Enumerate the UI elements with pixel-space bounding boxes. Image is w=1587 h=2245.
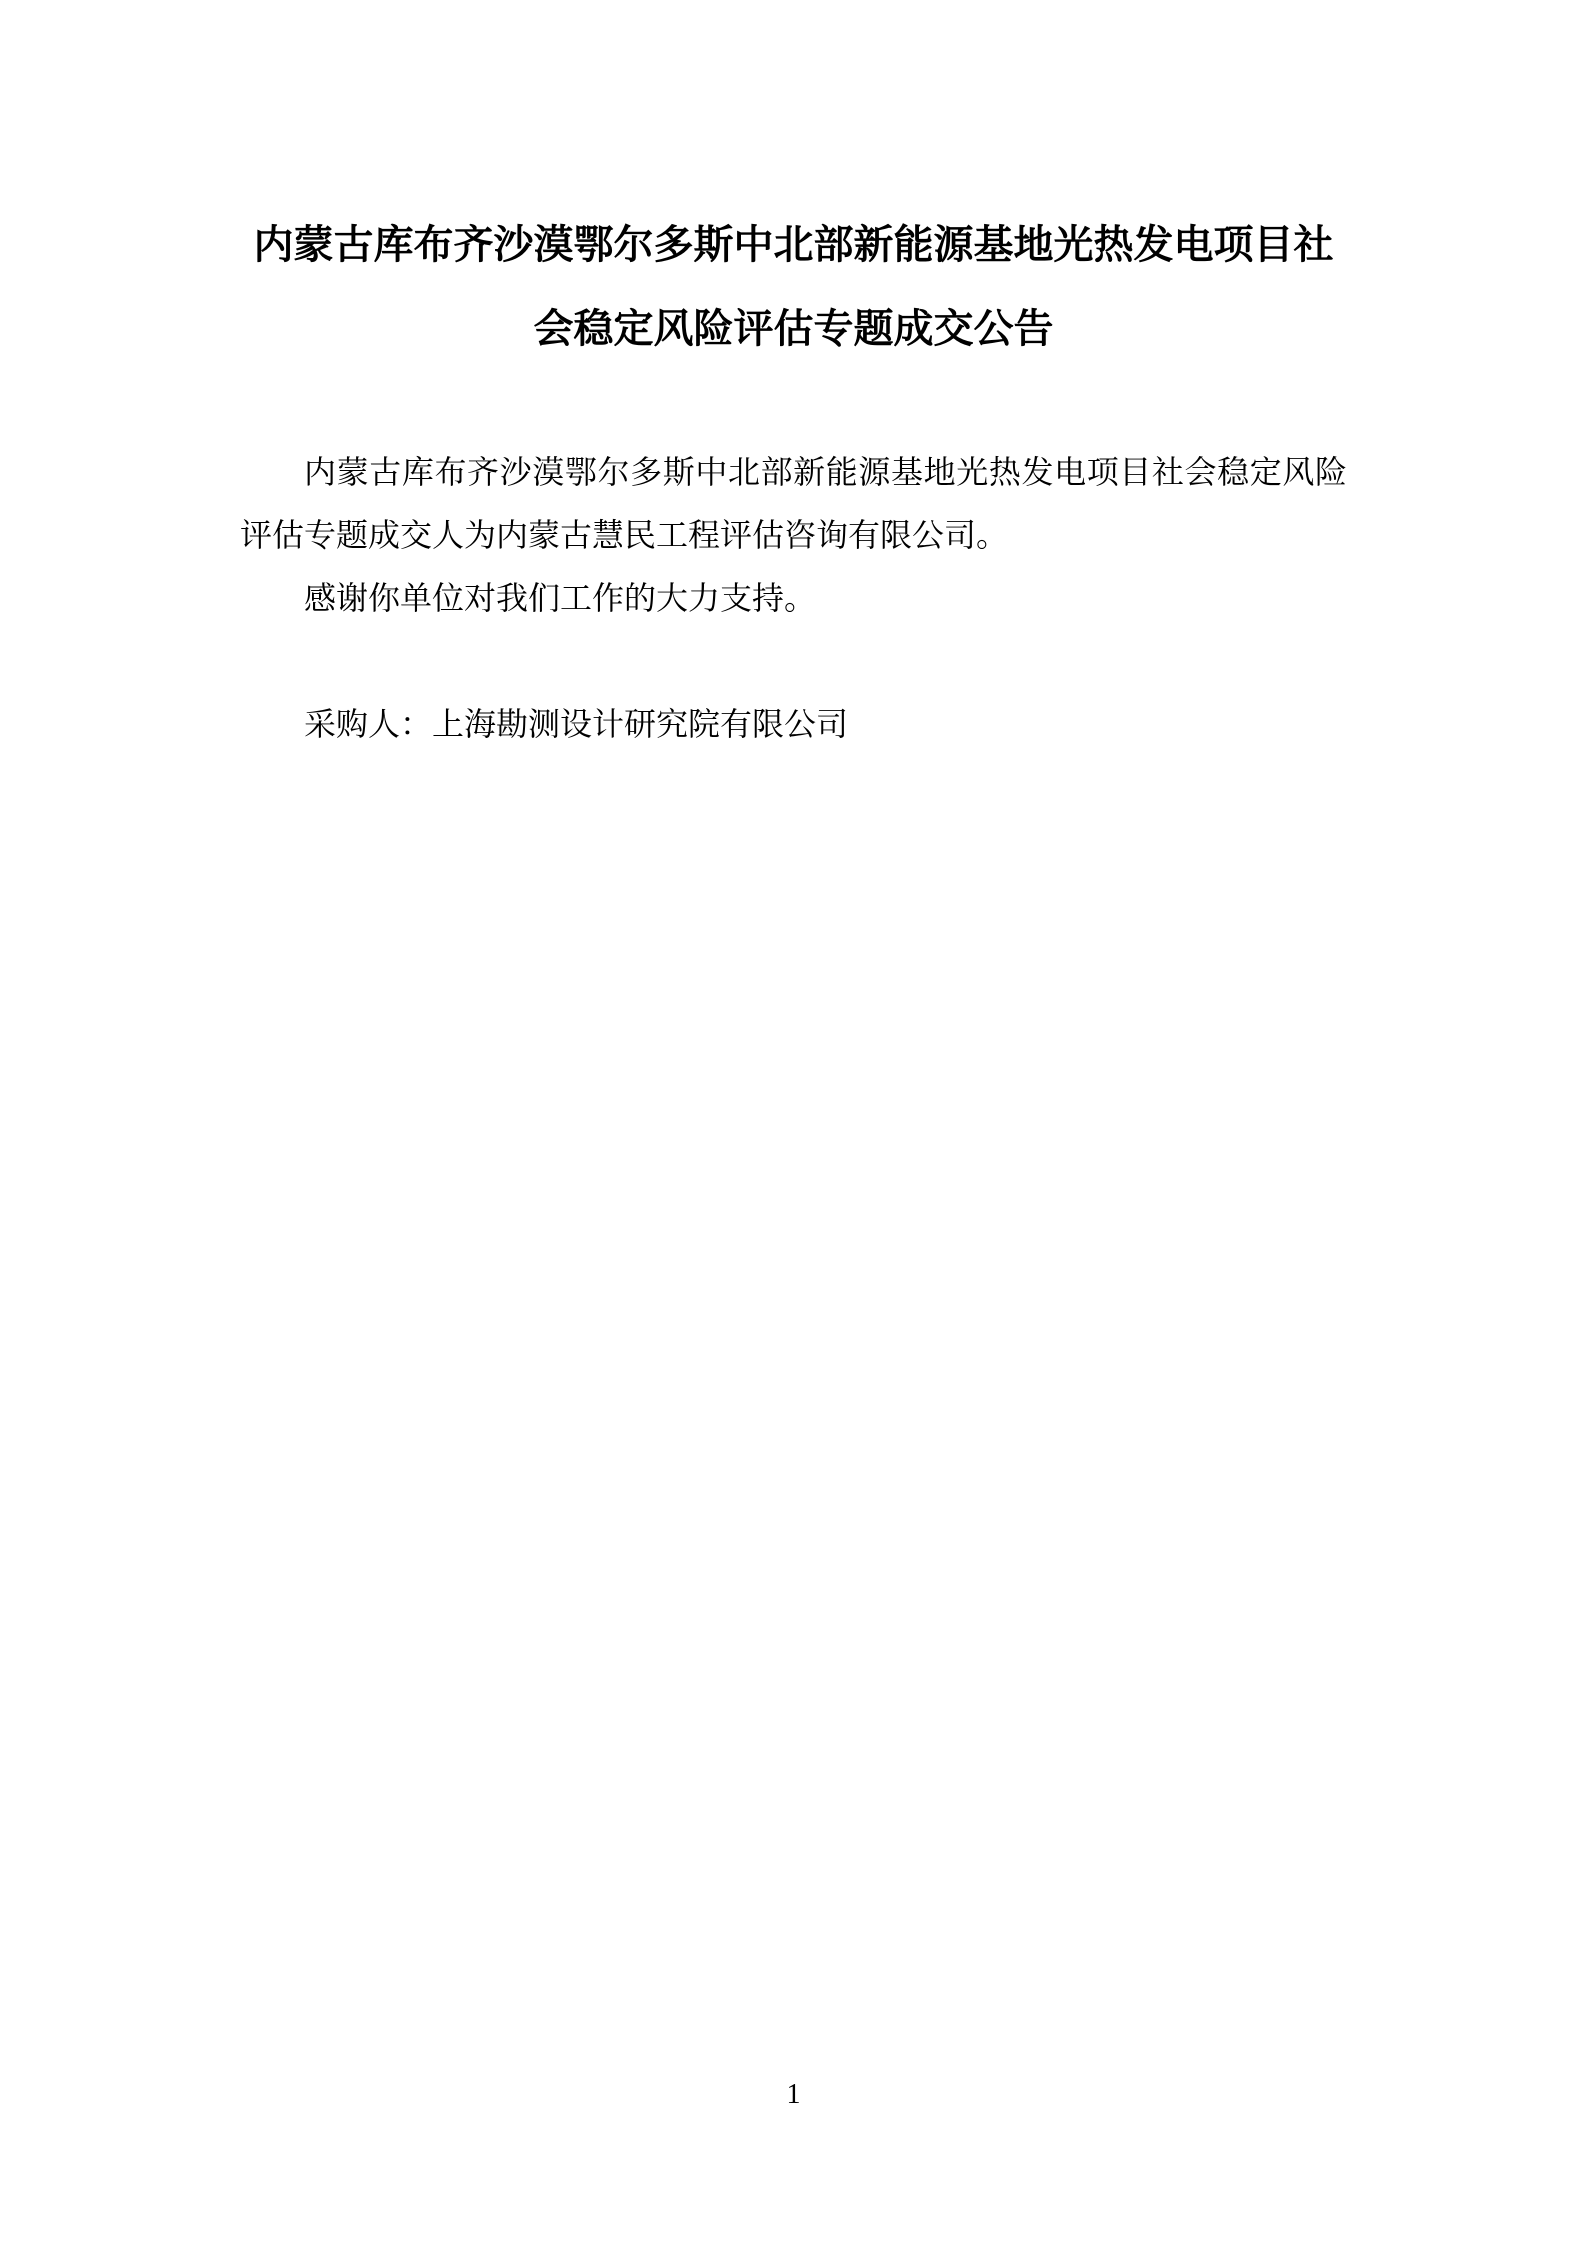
document-body: 内蒙古库布齐沙漠鄂尔多斯中北部新能源基地光热发电项目社会稳定风险评估专题成交人为… [240, 441, 1347, 756]
paragraph-thanks: 感谢你单位对我们工作的大力支持。 [240, 567, 1347, 630]
paragraph-award-result: 内蒙古库布齐沙漠鄂尔多斯中北部新能源基地光热发电项目社会稳定风险评估专题成交人为… [240, 441, 1347, 567]
buyer-line: 采购人：上海勘测设计研究院有限公司 [240, 693, 1347, 756]
page-number: 1 [0, 2076, 1587, 2114]
document-page: 内蒙古库布齐沙漠鄂尔多斯中北部新能源基地光热发电项目社会稳定风险评估专题成交公告… [0, 0, 1587, 2245]
document-title: 内蒙古库布齐沙漠鄂尔多斯中北部新能源基地光热发电项目社会稳定风险评估专题成交公告 [251, 203, 1336, 371]
